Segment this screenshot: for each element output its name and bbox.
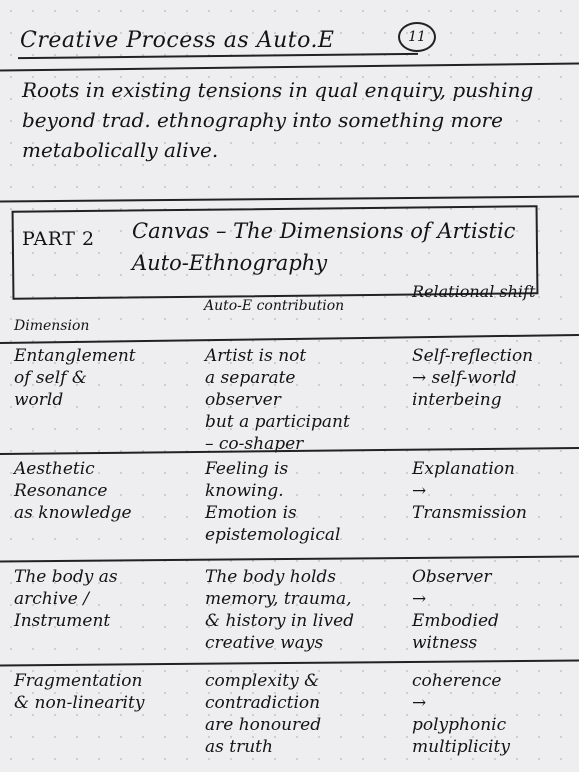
part-title: Canvas – The Dimensions of Artistic Auto… xyxy=(132,215,532,279)
cell-dimension: The body as archive / Instrument xyxy=(14,566,184,632)
row-divider xyxy=(0,659,579,666)
cell-contribution: Artist is not a separate observer but a … xyxy=(205,345,385,455)
header-divider xyxy=(0,334,579,344)
divider-line xyxy=(0,62,579,71)
cell-dimension: Fragmentation & non-linearity xyxy=(14,670,184,714)
cell-dimension: Entanglement of self & world xyxy=(14,345,184,411)
page-number: 11 xyxy=(408,29,426,45)
cell-shift: Explanation → Transmission xyxy=(412,458,577,524)
page-title: Creative Process as Auto.E xyxy=(20,28,335,53)
part-label: PART 2 xyxy=(22,228,95,250)
notebook-page: Creative Process as Auto.E 11 Roots in e… xyxy=(0,0,579,772)
column-header-dimension: Dimension xyxy=(14,318,144,334)
column-header-contribution: Auto-E contribution xyxy=(204,298,364,314)
divider-line xyxy=(0,195,579,202)
cell-contribution: complexity & contradiction are honoured … xyxy=(205,670,385,758)
cell-shift: Self-reflection → self-world interbeing xyxy=(412,345,577,411)
intro-paragraph: Roots in existing tensions in qual enqui… xyxy=(22,75,579,165)
cell-shift: coherence → polyphonic multiplicity xyxy=(412,670,577,758)
cell-shift: Observer → Embodied witness xyxy=(412,566,577,654)
title-underline xyxy=(18,53,418,59)
row-divider xyxy=(0,555,579,562)
page-number-circle: 11 xyxy=(398,22,436,52)
cell-contribution: Feeling is knowing. Emotion is epistemol… xyxy=(205,458,385,546)
cell-contribution: The body holds memory, trauma, & history… xyxy=(205,566,385,654)
cell-dimension: Aesthetic Resonance as knowledge xyxy=(14,458,184,524)
column-header-shift: Relational shift xyxy=(412,282,572,302)
